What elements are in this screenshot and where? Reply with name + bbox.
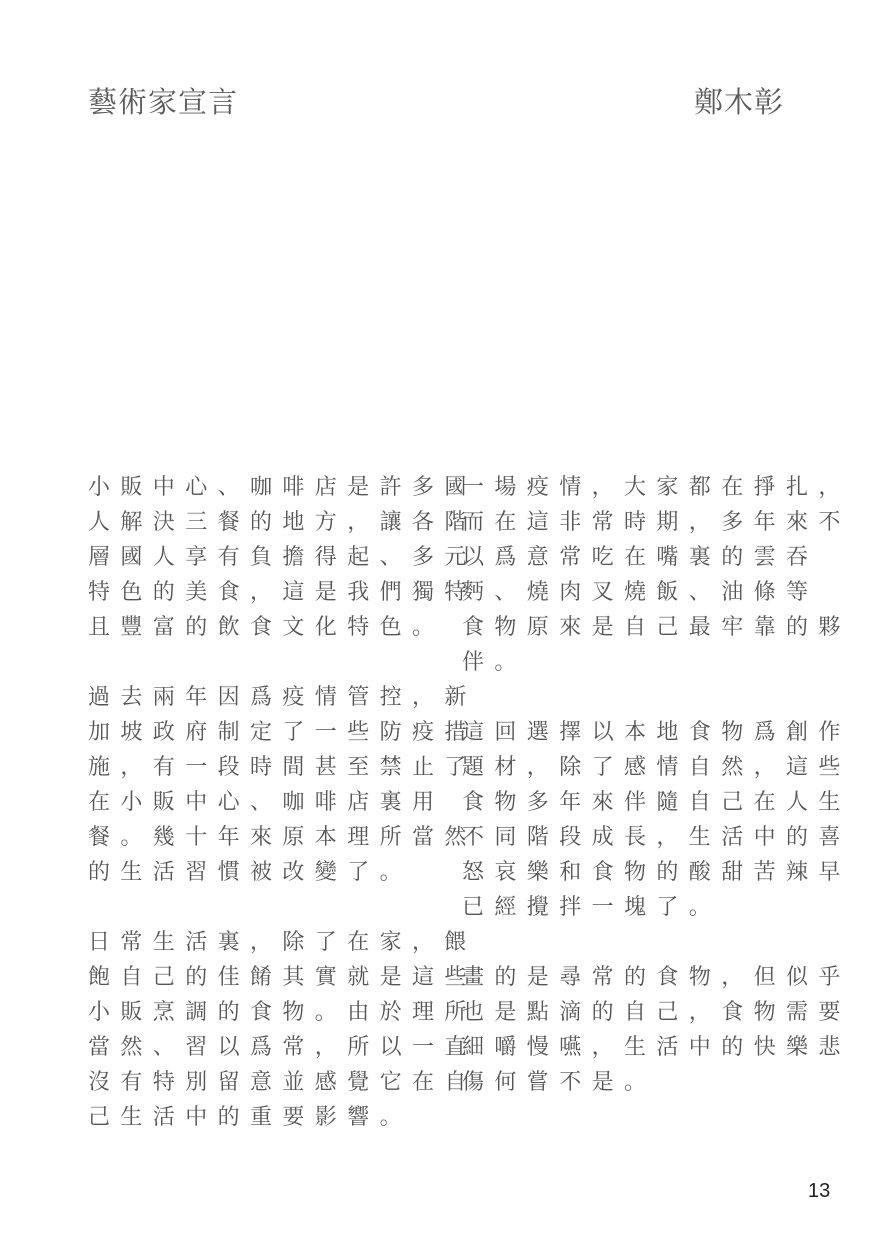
text-line: 畫的是尋常的食物，但似乎 [462,960,792,995]
author-name: 鄭木彰 [694,84,784,120]
page-number: 13 [808,1180,830,1203]
text-line: 麪、燒肉叉燒飯、油條等 [462,575,792,610]
page-title: 藝術家宣言 [88,84,238,120]
text-line: 怒哀樂和食物的酸甜苦辣早 [462,855,792,890]
paragraph: 這回選擇以本地食物爲創作題材，除了感情自然，這些食物多年來伴隨自己在人生不同階段… [462,715,792,925]
paragraph: 小販中心、咖啡店是許多國人解決三餐的地方，讓各階層國人享有負擔得起、多元特色的美… [88,470,418,645]
text-line: 在小販中心、咖啡店裏用 [88,785,418,820]
text-line: 細嚼慢嚥，生活中的快樂悲 [462,1030,792,1065]
text-line: 特色的美食，這是我們獨特 [88,575,418,610]
text-line: 題材，除了感情自然，這些 [462,750,792,785]
text-line: 日常生活裏，除了在家，餵 [88,925,418,960]
text-line: 已經攪拌一塊了。 [462,890,792,925]
text-line: 飽自己的佳餚其實就是這些 [88,960,418,995]
text-line: 人解決三餐的地方，讓各階 [88,505,418,540]
paragraph: 過去兩年因爲疫情管控，新加坡政府制定了一些防疫措施，有一段時間甚至禁止了在小販中… [88,680,418,890]
text-column-left: 小販中心、咖啡店是許多國人解決三餐的地方，讓各階層國人享有負擔得起、多元特色的美… [88,470,418,1170]
text-line: 不同階段成長，生活中的喜 [462,820,792,855]
text-line: 伴。 [462,645,792,680]
text-line: 傷何嘗不是。 [462,1065,792,1100]
text-line: 過去兩年因爲疫情管控，新 [88,680,418,715]
text-line: 這回選擇以本地食物爲創作 [462,715,792,750]
text-line: 而在這非常時期，多年來不 [462,505,792,540]
text-line: 食物原來是自己最牢靠的夥 [462,610,792,645]
text-line: 施，有一段時間甚至禁止了 [88,750,418,785]
text-line: 小販烹調的食物。由於理所 [88,995,418,1030]
text-line: 餐。幾十年來原本理所當然 [88,820,418,855]
text-line: 己生活中的重要影響。 [88,1100,418,1135]
text-line: 層國人享有負擔得起、多元 [88,540,418,575]
text-line: 加坡政府制定了一些防疫措 [88,715,418,750]
text-line: 也是點滴的自己，食物需要 [462,995,792,1030]
text-line: 小販中心、咖啡店是許多國 [88,470,418,505]
text-line: 食物多年來伴隨自己在人生 [462,785,792,820]
text-line: 一場疫情，大家都在掙扎， [462,470,792,505]
paragraph: 畫的是尋常的食物，但似乎也是點滴的自己，食物需要細嚼慢嚥，生活中的快樂悲傷何嘗不… [462,960,792,1100]
paragraph: 日常生活裏，除了在家，餵飽自己的佳餚其實就是這些小販烹調的食物。由於理所當然、習… [88,925,418,1135]
text-line: 當然、習以爲常，所以一直 [88,1030,418,1065]
text-column-right: 一場疫情，大家都在掙扎，而在這非常時期，多年來不以爲意常吃在嘴裏的雲吞麪、燒肉叉… [462,470,792,1135]
text-line: 的生活習慣被改變了。 [88,855,418,890]
text-line: 以爲意常吃在嘴裏的雲吞 [462,540,792,575]
paragraph: 一場疫情，大家都在掙扎，而在這非常時期，多年來不以爲意常吃在嘴裏的雲吞麪、燒肉叉… [462,470,792,680]
text-line: 且豐富的飲食文化特色。 [88,610,418,645]
text-line: 沒有特別留意並感覺它在自 [88,1065,418,1100]
